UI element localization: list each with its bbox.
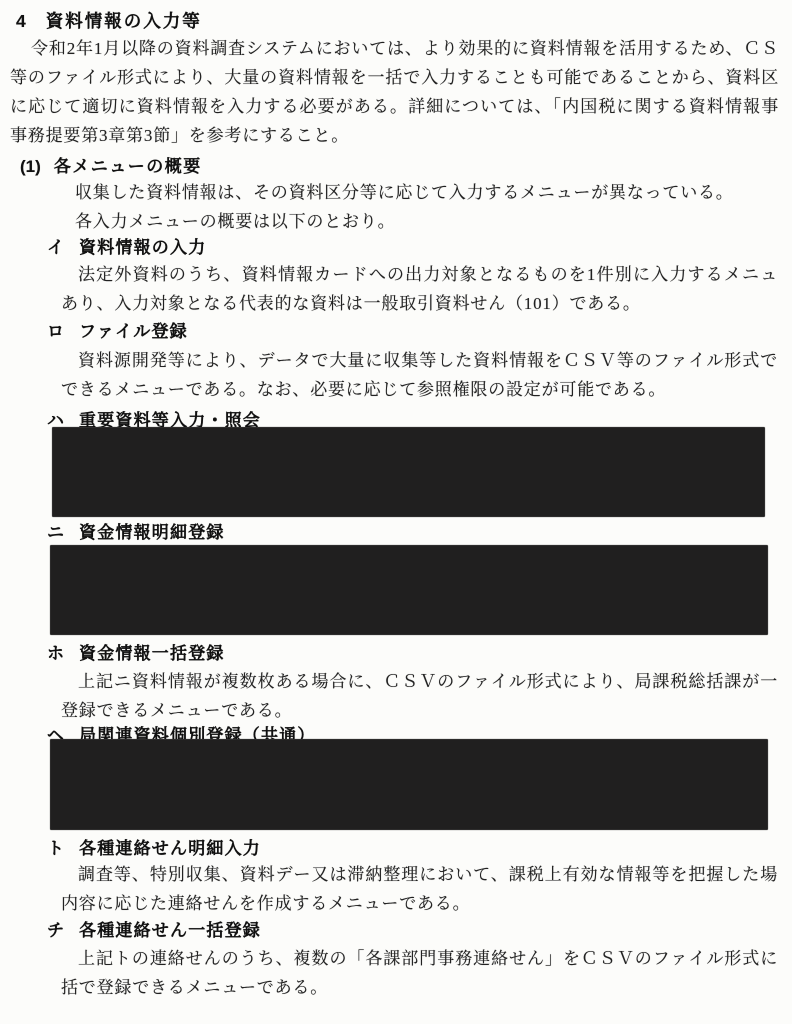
item-chi-heading: チ各種連絡せん一括登録 [47,918,261,943]
item-ni-kana: ニ [47,520,64,545]
body-line: 登録できるメニューである。 [61,696,778,725]
item-ho-kana: ホ [47,641,64,666]
item-ro-heading: ロファイル登録 [47,319,188,344]
item-i-kana: イ [47,235,64,260]
redaction-block-3 [50,739,768,830]
intro-line: に応じて適切に資料情報を入力する必要がある。詳細については、「内国税に関する資料… [10,92,779,121]
redaction-block-2 [50,545,768,635]
item-ho-heading: ホ資金情報一括登録 [47,641,225,666]
item-ro-kana: ロ [47,319,64,344]
section-4-number: 4 [16,11,26,31]
section-4-title: 資料情報の入力等 [46,11,202,31]
scanned-document-page: 4資料情報の入力等 令和2年1月以降の資料調査システムにおいては、より効果的に資… [0,0,792,1024]
item-chi-kana: チ [47,918,64,943]
subsection-lead-paragraph: 収集した資料情報は、その資料区分等に応じて入力するメニューが異なっている。 各入… [75,178,779,236]
item-ro-title: ファイル登録 [79,322,188,341]
item-ni-heading: ニ資金情報明細登録 [47,520,225,545]
item-i-body: 法定外資料のうち、資料情報カードへの出力対象となるものを1件別に入力するメニュー… [61,260,778,318]
item-ro-body: 資料源開発等により、データで大量に収集等した資料情報をＣＳＶ等のファイル形式で登… [61,346,778,404]
lead-line: 各入力メニューの概要は以下のとおり。 [75,207,779,236]
body-line: 括で登録できるメニューである。 [61,973,778,1002]
item-i-title: 資料情報の入力 [79,238,206,257]
item-i-heading: イ資料情報の入力 [47,235,206,260]
body-line: 上記トの連絡せんのうち、複数の「各課部門事務連絡せん」をＣＳＶのファイル形式によ… [61,944,778,973]
intro-line: 等のファイル形式により、大量の資料情報を一括で入力することも可能であることから、… [10,63,779,92]
redaction-block-1 [52,427,765,517]
body-line: 調査等、特別収集、資料デー又は滞納整理において、課税上有効な情報等を把握した場合… [61,860,778,889]
subsection-1-heading: (1)各メニューの概要 [20,154,202,179]
intro-line: 令和2年1月以降の資料調査システムにおいては、より効果的に資料情報を活用するため… [10,34,779,63]
body-line: 資料源開発等により、データで大量に収集等した資料情報をＣＳＶ等のファイル形式で登… [61,346,778,375]
item-ho-body: 上記ニ資料情報が複数枚ある場合に、ＣＳＶのファイル形式により、局課税総括課が一括… [61,667,778,725]
item-to-kana: ト [47,836,64,861]
item-to-body: 調査等、特別収集、資料デー又は滞納整理において、課税上有効な情報等を把握した場合… [61,860,778,918]
item-chi-body: 上記トの連絡せんのうち、複数の「各課部門事務連絡せん」をＣＳＶのファイル形式によ… [61,944,778,1002]
item-ho-title: 資金情報一括登録 [79,644,225,663]
body-line: 内容に応じた連絡せんを作成するメニューである。 [61,889,778,918]
intro-paragraph: 令和2年1月以降の資料調査システムにおいては、より効果的に資料情報を活用するため… [10,34,779,150]
item-ni-title: 資金情報明細登録 [79,523,225,542]
subsection-1-number: (1) [20,157,41,176]
subsection-1-title: 各メニューの概要 [54,157,202,176]
body-line: できるメニューである。なお、必要に応じて参照権限の設定が可能である。 [61,375,778,404]
item-to-title: 各種連絡せん明細入力 [79,839,261,858]
lead-line: 収集した資料情報は、その資料区分等に応じて入力するメニューが異なっている。 [75,178,779,207]
intro-line: 事務提要第3章第3節」を参考にすること。 [10,121,779,150]
body-line: 法定外資料のうち、資料情報カードへの出力対象となるものを1件別に入力するメニュー… [61,260,778,289]
item-chi-title: 各種連絡せん一括登録 [79,921,261,940]
body-line: あり、入力対象となる代表的な資料は一般取引資料せん（101）である。 [61,289,778,318]
body-line: 上記ニ資料情報が複数枚ある場合に、ＣＳＶのファイル形式により、局課税総括課が一括… [61,667,778,696]
item-to-heading: ト各種連絡せん明細入力 [47,836,261,861]
section-4-heading: 4資料情報の入力等 [16,9,202,33]
